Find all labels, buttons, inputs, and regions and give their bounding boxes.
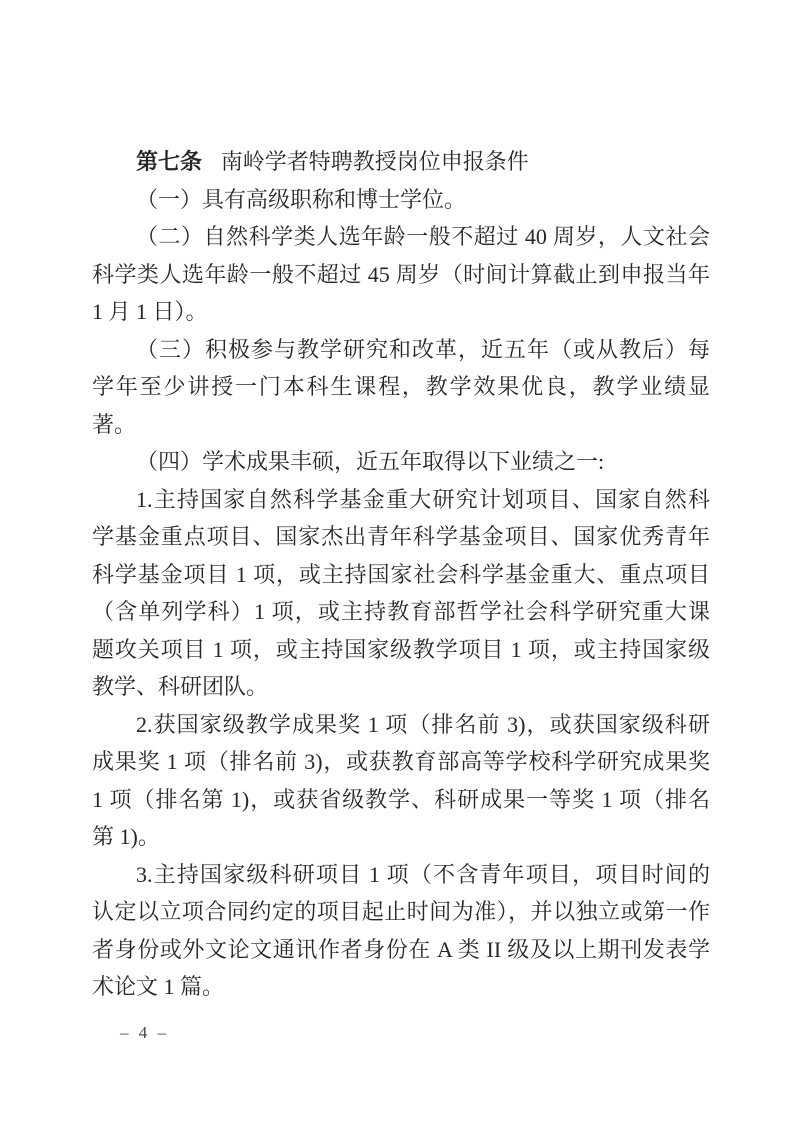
paragraphs-container: （一）具有高级职称和博士学位。（二）自然科学类人选年龄一般不超过 40 周岁，人… — [92, 181, 710, 1006]
paragraph-line: 著。 — [92, 406, 710, 444]
paragraph-line: 成果奖 1 项（排名前 3)，或获教育部高等学校科学研究成果奖 — [92, 743, 710, 781]
document-body: 第七条南岭学者特聘教授岗位申报条件 （一）具有高级职称和博士学位。（二）自然科学… — [92, 143, 710, 1006]
paragraph-line: （一）具有高级职称和博士学位。 — [92, 181, 710, 219]
paragraph-line: （三）积极参与教学研究和改革，近五年（或从教后）每 — [92, 331, 710, 369]
paragraph-line: （二）自然科学类人选年龄一般不超过 40 周岁，人文社会 — [92, 218, 710, 256]
page-number: – 4 – — [120, 1021, 169, 1045]
article-heading: 第七条南岭学者特聘教授岗位申报条件 — [92, 143, 710, 181]
paragraph-line: 科学基金项目 1 项，或主持国家社会科学基金重大、重点项目 — [92, 556, 710, 594]
paragraph-line: 术论文 1 篇。 — [92, 968, 710, 1006]
paragraph-line: 1 项（排名第 1)，或获省级教学、科研成果一等奖 1 项（排名 — [92, 781, 710, 819]
paragraph-line: 科学类人选年龄一般不超过 45 周岁（时间计算截止到申报当年 — [92, 256, 710, 294]
paragraph-line: 3.主持国家级科研项目 1 项（不含青年项目，项目时间的 — [92, 856, 710, 894]
article-title: 南岭学者特聘教授岗位申报条件 — [221, 149, 529, 174]
paragraph-line: 1 月 1 日）。 — [92, 293, 710, 331]
paragraph-line: 2.获国家级教学成果奖 1 项（排名前 3)，或获国家级科研 — [92, 706, 710, 744]
paragraph-line: 学年至少讲授一门本科生课程，教学效果优良，教学业绩显 — [92, 368, 710, 406]
paragraph-line: 教学、科研团队。 — [92, 668, 710, 706]
paragraph-line: （含单列学科）1 项，或主持教育部哲学社会科学研究重大课 — [92, 593, 710, 631]
article-number: 第七条 — [136, 149, 202, 174]
paragraph-line: 1.主持国家自然科学基金重大研究计划项目、国家自然科 — [92, 481, 710, 519]
paragraph-line: 认定以立项合同约定的项目起止时间为准），并以独立或第一作 — [92, 893, 710, 931]
paragraph-line: 第 1)。 — [92, 818, 710, 856]
paragraph-line: 题攻关项目 1 项，或主持国家级教学项目 1 项，或主持国家级 — [92, 631, 710, 669]
document-page: 第七条南岭学者特聘教授岗位申报条件 （一）具有高级职称和博士学位。（二）自然科学… — [0, 0, 799, 1131]
paragraph-line: 学基金重点项目、国家杰出青年科学基金项目、国家优秀青年 — [92, 518, 710, 556]
paragraph-line: 者身份或外文论文通讯作者身份在 A 类 II 级及以上期刊发表学 — [92, 931, 710, 969]
paragraph-line: （四）学术成果丰硕，近五年取得以下业绩之一: — [92, 443, 710, 481]
